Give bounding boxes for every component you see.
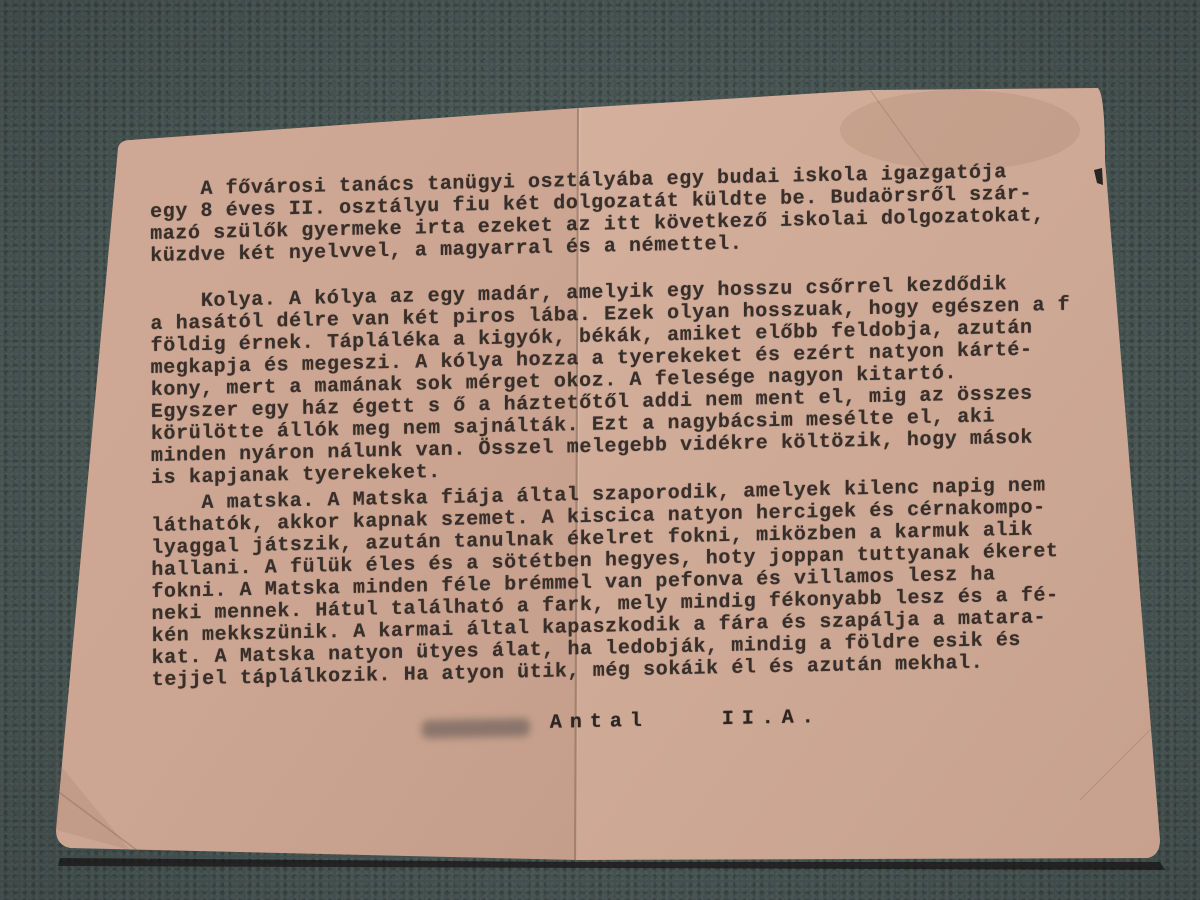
typewritten-text: A fővárosi tanács tanügyi osztályába egy… — [150, 159, 1142, 780]
signature-class: II.A. — [722, 706, 822, 731]
text-line: is kapjanak tyerekeket. — [151, 462, 441, 490]
signature-first-name: Antal — [550, 710, 650, 735]
redacted-surname — [422, 718, 530, 738]
paper-sheet: A fővárosi tanács tanügyi osztályába egy… — [0, 0, 1200, 900]
